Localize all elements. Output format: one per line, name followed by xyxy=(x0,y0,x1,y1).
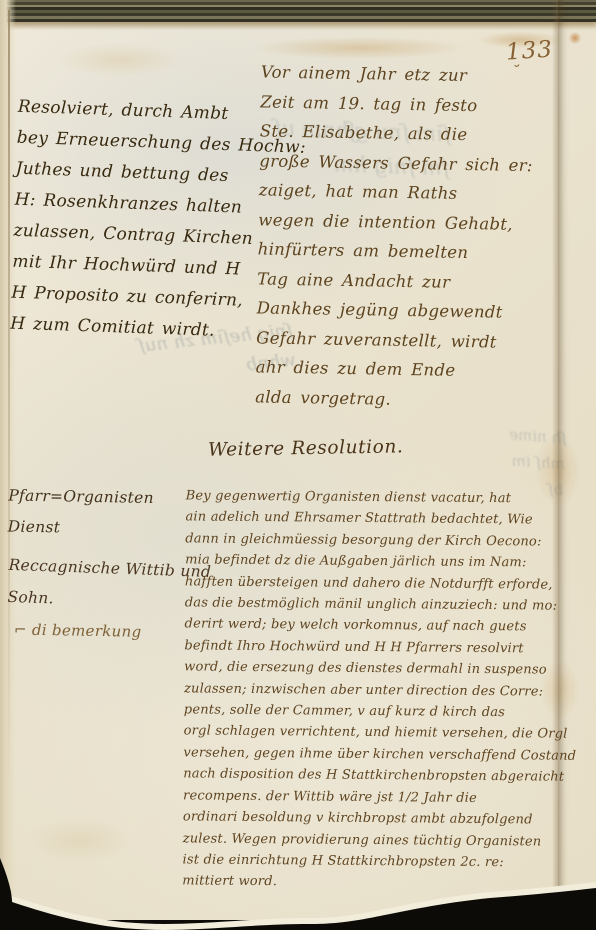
right-column-entry: Vor ainem Jahr etz zurZeit am 19. tag in… xyxy=(255,57,561,416)
manuscript-line: ordinari besoldung v kirchbropst ambt ab… xyxy=(183,806,561,831)
gutter-left-edge xyxy=(0,0,16,920)
manuscript-line: Dankhes jegüng abgewendt xyxy=(256,293,556,328)
manuscript-line: mia befindet dz die Außgaben järlich uns… xyxy=(185,550,563,575)
manuscript-line: ⌐ di bemerkung xyxy=(14,621,184,642)
manuscript-line: orgl schlagen verrichtent, und hiemit ve… xyxy=(184,721,562,746)
left-column-entry: Resolviert, durch Ambtbey Erneuerschung … xyxy=(10,92,269,349)
margin-note-organist-dienst: Pfarr=OrganistenDienst xyxy=(7,480,183,545)
section-heading: Weitere Resolution. xyxy=(208,436,404,460)
main-paragraph: Bey gegenwertig Organisten dienst vacatu… xyxy=(182,485,564,895)
margin-note-bemerkung: ⌐ di bemerkung xyxy=(14,621,184,642)
manuscript-scan: ſim ſnu gʃhnm uſfm ſnig hm ſnig heſim zh… xyxy=(0,0,596,930)
torn-bottom-edge xyxy=(0,840,596,930)
manuscript-line: nach disposition des H Stattkirchenbrops… xyxy=(183,764,561,789)
margin-note-reccagnische-wittib: Reccagnische Wittib undSohn. xyxy=(7,549,189,619)
manuscript-line: Vor ainem Jahr etz zur xyxy=(261,57,561,92)
manuscript-line: hinfürters am bemelten xyxy=(258,234,558,269)
manuscript-line: Sohn. xyxy=(7,581,188,619)
manuscript-line: derirt werd; bey welch vorkomnus, auf na… xyxy=(184,614,562,639)
manuscript-line: Ste. Elisabethe, als die xyxy=(260,116,560,151)
manuscript-line: word, die ersezung des dienstes dermahl … xyxy=(184,657,562,682)
manuscript-line: Pfarr=Organisten xyxy=(8,480,184,514)
book-top-edge xyxy=(0,0,596,22)
manuscript-line: alda vorgetrag. xyxy=(255,382,555,417)
manuscript-line: ain adelich und Ehrsamer Stattrath bedac… xyxy=(185,507,563,532)
manuscript-line: Dienst xyxy=(7,511,183,545)
manuscript-line: zaiget, hat man Raths xyxy=(259,175,559,210)
manuscript-line: ahr dies zu dem Ende xyxy=(255,352,555,387)
